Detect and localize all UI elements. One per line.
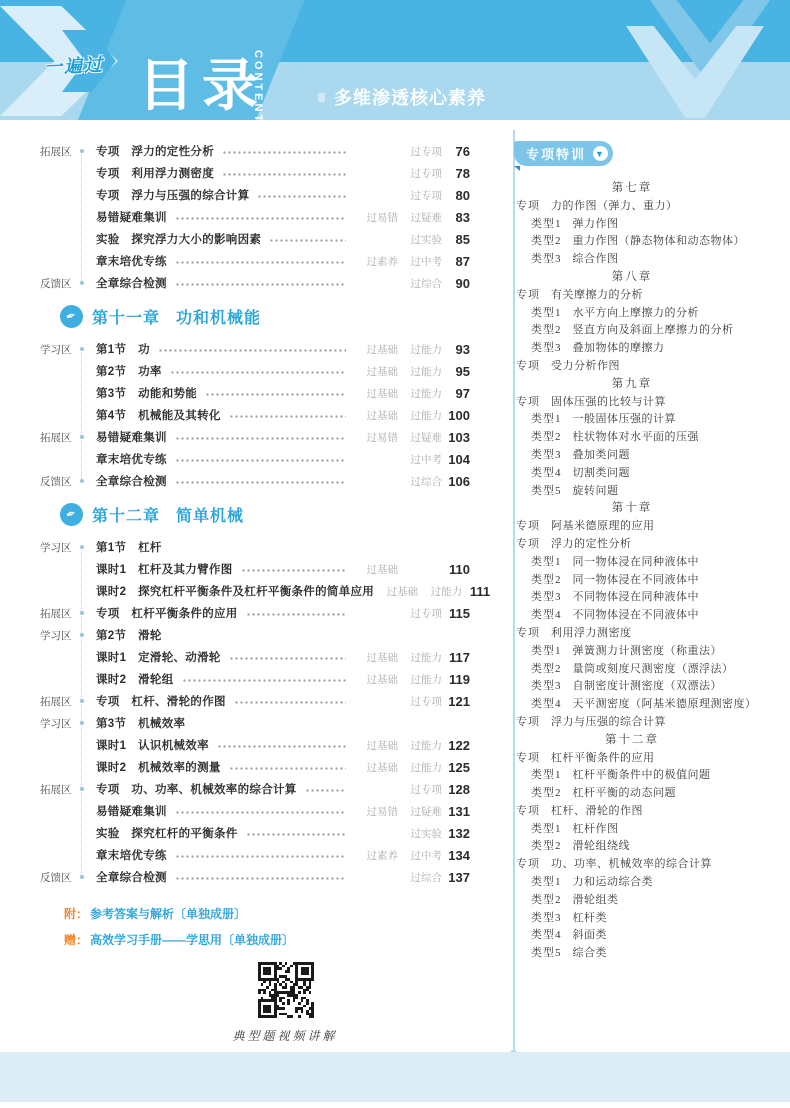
special-item: 类型1杠杆作图 <box>531 821 768 839</box>
zone-bullet <box>78 787 96 791</box>
special-item-label: 类型2 <box>531 572 562 590</box>
special-item-text: 受力分析作图 <box>551 358 768 376</box>
toc-row: 反馈区全章综合检测过综合90 <box>40 272 470 294</box>
special-item-label: 类型2 <box>531 785 562 803</box>
special-item-label: 类型2 <box>531 661 562 679</box>
special-item-label: 专项 <box>516 714 540 732</box>
dot-leader <box>234 701 346 704</box>
special-training-badge: 专项特训 ▼ <box>514 141 613 166</box>
dot-leader <box>257 195 346 198</box>
entry-title: 全章综合检测 <box>96 869 167 885</box>
page-number: 106 <box>442 474 470 489</box>
pass-tag: 过能力 <box>398 760 442 775</box>
zone-label: 学习区 <box>40 342 78 357</box>
special-item-text: 斜面类 <box>573 927 769 945</box>
special-item: 专项杠杆、滑轮的作图 <box>516 803 768 821</box>
zone-bullet <box>78 149 96 153</box>
toc-row: 学习区第2节 滑轮 <box>40 624 470 646</box>
dot-leader <box>205 393 346 396</box>
tagline: 多维渗透核心素养 <box>318 84 486 110</box>
entry-title: 专项 杠杆平衡条件的应用 <box>96 605 238 621</box>
dot-leader <box>182 679 347 682</box>
toc-row: 第4节 机械能及其转化过基础过能力100 <box>40 404 470 426</box>
special-item: 专项利用浮力测密度 <box>516 625 768 643</box>
qr-caption: 典型题视频讲解 <box>190 1027 380 1044</box>
page-number: 137 <box>442 870 470 885</box>
zone-bullet <box>78 699 96 703</box>
toc-section: 学习区第1节 杠杆课时1 杠杆及其力臂作图过基础110课时2 探究杠杆平衡条件及… <box>40 536 470 888</box>
special-item-text: 力的作图（弹力、重力） <box>551 198 768 216</box>
pass-tag: 过基础 <box>354 738 398 753</box>
right-chapter-heading: 第十章 <box>516 500 748 518</box>
right-chapter-heading: 第十二章 <box>516 732 748 750</box>
toc-row: 学习区第1节 杠杆 <box>40 536 470 558</box>
special-item-label: 类型2 <box>531 892 562 910</box>
special-item-text: 杠杆平衡的动态问题 <box>573 785 769 803</box>
special-item: 类型1同一物体浸在同种液体中 <box>531 554 768 572</box>
chapter-heading: ✒第十二章简单机械 <box>60 500 470 528</box>
special-item-label: 类型3 <box>531 678 562 696</box>
right-chapter-heading: 第七章 <box>516 180 748 198</box>
toc-row: 章末培优专练过素养过中考87 <box>40 250 470 272</box>
special-item: 类型2柱状物体对水平面的压强 <box>531 429 768 447</box>
pass-tag: 过能力 <box>398 650 442 665</box>
page-number: 93 <box>442 342 470 357</box>
page-number: 95 <box>442 364 470 379</box>
dot-leader <box>175 459 346 462</box>
zone-bullet <box>78 611 96 615</box>
special-item: 类型5综合类 <box>531 945 768 963</box>
dot-leader <box>175 437 346 440</box>
dot-leader <box>229 767 346 770</box>
entry-title: 第2节 功率 <box>96 363 162 379</box>
pass-tag: 过能力 <box>398 738 442 753</box>
special-item: 类型1水平方向上摩擦力的分析 <box>531 305 768 323</box>
special-item-text: 叠加类问题 <box>573 447 769 465</box>
pass-tag: 过中考 <box>398 452 442 467</box>
pass-tag: 过专项 <box>398 694 442 709</box>
entry-title: 第1节 功 <box>96 341 150 357</box>
special-item-text: 竖直方向及斜面上摩擦力的分析 <box>573 322 769 340</box>
special-item-text: 叠加物体的摩擦力 <box>573 340 769 358</box>
pass-tag: 过基础 <box>374 584 418 599</box>
special-item-label: 类型2 <box>531 838 562 856</box>
special-item-text: 弹簧测力计测密度（称重法） <box>573 643 769 661</box>
toc-row: 学习区第3节 机械效率 <box>40 712 470 734</box>
toc-row: 拓展区专项 杠杆平衡条件的应用过专项115 <box>40 602 470 624</box>
special-item-text: 不同物体浸在不同液体中 <box>573 607 769 625</box>
entry-title: 专项 浮力与压强的综合计算 <box>96 187 249 203</box>
special-item-label: 专项 <box>516 856 540 874</box>
special-item: 类型2竖直方向及斜面上摩擦力的分析 <box>531 322 768 340</box>
zone-label: 反馈区 <box>40 870 78 885</box>
page-number: 78 <box>442 166 470 181</box>
entry-title: 专项 浮力的定性分析 <box>96 143 214 159</box>
special-item-text: 柱状物体对水平面的压强 <box>573 429 769 447</box>
pass-tag: 过易错 <box>354 430 398 445</box>
page-number: 83 <box>442 210 470 225</box>
pass-tag: 过素养 <box>354 848 398 863</box>
toc-row: 反馈区全章综合检测过综合137 <box>40 866 470 888</box>
special-item-text: 切割类问题 <box>573 465 769 483</box>
entry-title: 章末培优专练 <box>96 451 167 467</box>
pass-tag: 过疑难 <box>398 430 442 445</box>
special-item-label: 类型1 <box>531 821 562 839</box>
zone-bullet <box>78 347 96 351</box>
page-number: 115 <box>442 606 470 621</box>
pass-tag: 过能力 <box>398 342 442 357</box>
toc-row: 专项 浮力与压强的综合计算过专项80 <box>40 184 470 206</box>
special-item-text: 杠杆、滑轮的作图 <box>551 803 768 821</box>
special-item-text: 水平方向上摩擦力的分析 <box>573 305 769 323</box>
special-item-label: 专项 <box>516 198 540 216</box>
toc-row: 拓展区专项 功、功率、机械效率的综合计算过专项128 <box>40 778 470 800</box>
special-item: 类型1力和运动综合类 <box>531 874 768 892</box>
entry-title: 课时2 机械效率的测量 <box>96 759 221 775</box>
special-item-text: 自制密度计测密度（双漂法） <box>573 678 769 696</box>
dot-leader <box>229 657 346 660</box>
special-item-label: 类型1 <box>531 554 562 572</box>
special-item-label: 专项 <box>516 518 540 536</box>
special-item-text: 一般固体压强的计算 <box>573 411 769 429</box>
special-item-label: 类型3 <box>531 340 562 358</box>
zone-label: 拓展区 <box>40 782 78 797</box>
pen-icon: ✒ <box>60 305 83 328</box>
toc-row: 课时2 滑轮组过基础过能力119 <box>40 668 470 690</box>
zone-label: 拓展区 <box>40 694 78 709</box>
page-number: 121 <box>442 694 470 709</box>
entry-title: 第3节 动能和势能 <box>96 385 197 401</box>
toc-row: 反馈区全章综合检测过综合106 <box>40 470 470 492</box>
footer-band <box>0 1052 790 1102</box>
note-line: 赠：高效学习手册——学思用〔单独成册〕 <box>64 926 470 952</box>
special-item-label: 类型5 <box>531 483 562 501</box>
dot-leader <box>175 877 346 880</box>
pen-glyph: ✒ <box>64 506 78 523</box>
zone-label: 学习区 <box>40 716 78 731</box>
special-item-text: 滑轮组绕线 <box>573 838 769 856</box>
pass-tag: 过疑难 <box>398 210 442 225</box>
entry-title: 实验 探究浮力大小的影响因素 <box>96 231 261 247</box>
zone-label: 拓展区 <box>40 144 78 159</box>
pass-tag: 过易错 <box>354 804 398 819</box>
page-number: 111 <box>462 584 490 599</box>
zone-bullet <box>78 435 96 439</box>
special-item-label: 专项 <box>516 536 540 554</box>
zone-label: 学习区 <box>40 540 78 555</box>
column-divider <box>513 130 515 1055</box>
special-item: 类型5旋转问题 <box>531 483 768 501</box>
special-item-label: 类型4 <box>531 465 562 483</box>
special-item-text: 弹力作图 <box>573 216 769 234</box>
pass-tag: 过综合 <box>398 870 442 885</box>
zone-bullet <box>78 545 96 549</box>
special-item: 类型3杠杆类 <box>531 910 768 928</box>
pass-tag: 过专项 <box>398 144 442 159</box>
page-title-english: CONTENTS <box>252 50 264 120</box>
page-number: 97 <box>442 386 470 401</box>
special-item: 类型1弹簧测力计测密度（称重法） <box>531 643 768 661</box>
qr-grid <box>258 962 314 1018</box>
special-item-label: 类型3 <box>531 251 562 269</box>
toc-row: 易错疑难集训过易错过疑难83 <box>40 206 470 228</box>
zone-label: 拓展区 <box>40 606 78 621</box>
pass-tag: 过素养 <box>354 254 398 269</box>
toc-row: 章末培优专练过素养过中考134 <box>40 844 470 866</box>
special-item-text: 天平测密度（阿基米德原理测密度） <box>573 696 769 714</box>
toc-section: 拓展区专项 浮力的定性分析过专项76专项 利用浮力测密度过专项78专项 浮力与压… <box>40 140 470 294</box>
page-header: 一遍过 目录 CONTENTS 多维渗透核心素养 <box>0 0 790 120</box>
special-item-text: 功、功率、机械效率的综合计算 <box>551 856 768 874</box>
dot-leader <box>175 855 346 858</box>
toc-row: 实验 探究杠杆的平衡条件过实验132 <box>40 822 470 844</box>
special-item: 类型4斜面类 <box>531 927 768 945</box>
pass-tag: 过综合 <box>398 276 442 291</box>
toc-row: 课时1 杠杆及其力臂作图过基础110 <box>40 558 470 580</box>
pass-tag: 过综合 <box>398 474 442 489</box>
toc-row: 拓展区专项 杠杆、滑轮的作图过专项121 <box>40 690 470 712</box>
pass-tag: 过基础 <box>354 760 398 775</box>
special-item: 专项固体压强的比较与计算 <box>516 394 768 412</box>
entry-title: 课时1 杠杆及其力臂作图 <box>96 561 233 577</box>
entry-title: 第2节 滑轮 <box>96 627 162 643</box>
toc-row: 第2节 功率过基础过能力95 <box>40 360 470 382</box>
special-item-text: 综合类 <box>573 945 769 963</box>
special-item-text: 固体压强的比较与计算 <box>551 394 768 412</box>
zone-label: 反馈区 <box>40 474 78 489</box>
dot-leader <box>170 371 346 374</box>
pass-tag: 过基础 <box>354 342 398 357</box>
note-label: 附： <box>64 905 88 922</box>
special-item-label: 专项 <box>516 394 540 412</box>
zone-label: 拓展区 <box>40 430 78 445</box>
special-item: 类型4切割类问题 <box>531 465 768 483</box>
entry-title: 全章综合检测 <box>96 275 167 291</box>
special-item: 类型3叠加类问题 <box>531 447 768 465</box>
tagline-marker-icon <box>318 93 325 102</box>
special-item-text: 阿基米德原理的应用 <box>551 518 768 536</box>
chevron-down-icon: ▼ <box>593 146 608 161</box>
special-item-label: 类型3 <box>531 589 562 607</box>
dot-leader <box>229 415 346 418</box>
page-number: 125 <box>442 760 470 775</box>
note-line: 附：参考答案与解析〔单独成册〕 <box>64 900 470 926</box>
dot-leader <box>158 349 346 352</box>
entry-title: 课时2 滑轮组 <box>96 671 174 687</box>
right-chapter-heading: 第八章 <box>516 269 748 287</box>
zone-bullet <box>78 633 96 637</box>
special-item-text: 杠杆类 <box>573 910 769 928</box>
special-item: 类型3不同物体浸在同种液体中 <box>531 589 768 607</box>
entry-title: 全章综合检测 <box>96 473 167 489</box>
special-item-text: 重力作图（静态物体和动态物体） <box>573 233 769 251</box>
page-number: 80 <box>442 188 470 203</box>
entry-title: 第1节 杠杆 <box>96 539 162 555</box>
entry-title: 第4节 机械能及其转化 <box>96 407 221 423</box>
special-item-label: 专项 <box>516 803 540 821</box>
toc-row: 课时2 机械效率的测量过基础过能力125 <box>40 756 470 778</box>
special-item-text: 同一物体浸在同种液体中 <box>573 554 769 572</box>
pass-tag: 过能力 <box>418 584 462 599</box>
toc-row: 专项 利用浮力测密度过专项78 <box>40 162 470 184</box>
page-number: 134 <box>442 848 470 863</box>
special-item-label: 类型2 <box>531 233 562 251</box>
pass-tag: 过专项 <box>398 782 442 797</box>
brand-logo: 一遍过 <box>43 50 104 79</box>
toc-row: 学习区第1节 功过基础过能力93 <box>40 338 470 360</box>
page-number: 132 <box>442 826 470 841</box>
special-item-text: 力和运动综合类 <box>573 874 769 892</box>
pass-tag: 过中考 <box>398 848 442 863</box>
toc-row: 课时1 定滑轮、动滑轮过基础过能力117 <box>40 646 470 668</box>
page-number: 85 <box>442 232 470 247</box>
dot-leader <box>241 569 347 572</box>
pass-tag: 过基础 <box>354 650 398 665</box>
note-label: 赠： <box>64 931 88 948</box>
page-number: 103 <box>442 430 470 445</box>
dot-leader <box>246 833 346 836</box>
special-item-label: 类型1 <box>531 767 562 785</box>
special-item: 类型4天平测密度（阿基米德原理测密度） <box>531 696 768 714</box>
chapter-number: 第十二章 <box>92 503 160 526</box>
dot-leader <box>175 217 346 220</box>
dot-leader <box>175 481 346 484</box>
special-item: 专项功、功率、机械效率的综合计算 <box>516 856 768 874</box>
special-item-label: 类型2 <box>531 429 562 447</box>
pass-tag: 过专项 <box>398 606 442 621</box>
page-number: 90 <box>442 276 470 291</box>
page-number: 110 <box>442 562 470 577</box>
dot-leader <box>222 173 346 176</box>
special-item: 专项杠杆平衡条件的应用 <box>516 750 768 768</box>
note-text: 参考答案与解析〔单独成册〕 <box>90 905 246 922</box>
toc-row: 课时2 探究杠杆平衡条件及杠杆平衡条件的简单应用过基础过能力111 <box>40 580 470 602</box>
special-item-label: 专项 <box>516 750 540 768</box>
special-item-label: 类型4 <box>531 927 562 945</box>
special-item-text: 有关摩擦力的分析 <box>551 287 768 305</box>
entry-title: 第3节 机械效率 <box>96 715 185 731</box>
pass-tag: 过疑难 <box>398 804 442 819</box>
special-item: 专项受力分析作图 <box>516 358 768 376</box>
dot-leader <box>269 239 346 242</box>
special-item-label: 类型1 <box>531 874 562 892</box>
special-item: 专项有关摩擦力的分析 <box>516 287 768 305</box>
special-item: 类型3叠加物体的摩擦力 <box>531 340 768 358</box>
note-text: 高效学习手册——学思用〔单独成册〕 <box>90 931 294 948</box>
page-number: 76 <box>442 144 470 159</box>
special-item: 类型2滑轮组绕线 <box>531 838 768 856</box>
special-item-text: 杠杆平衡条件中的极值问题 <box>573 767 769 785</box>
special-item-label: 类型4 <box>531 607 562 625</box>
pass-tag: 过中考 <box>398 254 442 269</box>
special-item-label: 专项 <box>516 625 540 643</box>
entry-title: 章末培优专练 <box>96 253 167 269</box>
page-number: 117 <box>442 650 470 665</box>
dot-leader <box>175 811 346 814</box>
toc-page: 一遍过 目录 CONTENTS 多维渗透核心素养 拓展区专项 浮力的定性分析过专… <box>0 0 790 1108</box>
entry-title: 课时1 认识机械效率 <box>96 737 209 753</box>
special-item: 类型2重力作图（静态物体和动态物体） <box>531 233 768 251</box>
zone-bullet <box>78 479 96 483</box>
special-item-label: 类型1 <box>531 411 562 429</box>
special-item-text: 杠杆平衡条件的应用 <box>551 750 768 768</box>
special-item-text: 同一物体浸在不同液体中 <box>573 572 769 590</box>
zone-label: 学习区 <box>40 628 78 643</box>
toc-row: 实验 探究浮力大小的影响因素过实验85 <box>40 228 470 250</box>
pass-tag: 过基础 <box>354 408 398 423</box>
dot-leader <box>217 745 346 748</box>
dot-leader <box>305 789 346 792</box>
pass-tag: 过专项 <box>398 188 442 203</box>
tagline-text: 多维渗透核心素养 <box>334 84 486 110</box>
entry-title: 专项 杠杆、滑轮的作图 <box>96 693 226 709</box>
pen-glyph: ✒ <box>64 308 78 325</box>
special-item-label: 类型4 <box>531 696 562 714</box>
special-item: 类型1弹力作图 <box>531 216 768 234</box>
dot-leader <box>175 261 346 264</box>
special-item: 类型3自制密度计测密度（双漂法） <box>531 678 768 696</box>
special-item: 专项力的作图（弹力、重力） <box>516 198 768 216</box>
dot-leader <box>246 613 346 616</box>
special-training-label: 专项特训 <box>526 144 586 163</box>
special-item-text: 旋转问题 <box>573 483 769 501</box>
special-item-label: 类型1 <box>531 305 562 323</box>
pass-tag: 过能力 <box>398 408 442 423</box>
toc-section: 学习区第1节 功过基础过能力93第2节 功率过基础过能力95第3节 动能和势能过… <box>40 338 470 492</box>
special-item-label: 类型5 <box>531 945 562 963</box>
dot-leader <box>175 283 346 286</box>
notes: 附：参考答案与解析〔单独成册〕赠：高效学习手册——学思用〔单独成册〕 <box>64 900 470 952</box>
zone-label: 反馈区 <box>40 276 78 291</box>
special-item: 类型4不同物体浸在不同液体中 <box>531 607 768 625</box>
page-number: 128 <box>442 782 470 797</box>
special-item: 专项阿基米德原理的应用 <box>516 518 768 536</box>
special-item-text: 量筒或刻度尺测密度（漂浮法） <box>573 661 769 679</box>
special-item: 类型1一般固体压强的计算 <box>531 411 768 429</box>
entry-title: 易错疑难集训 <box>96 429 167 445</box>
special-item-label: 专项 <box>516 287 540 305</box>
chapter-number: 第十一章 <box>92 305 160 328</box>
special-item-label: 类型1 <box>531 216 562 234</box>
qr-code <box>258 962 314 1018</box>
pass-tag: 过能力 <box>398 364 442 379</box>
toc-row: 课时1 认识机械效率过基础过能力122 <box>40 734 470 756</box>
pass-tag: 过基础 <box>354 562 398 577</box>
special-item-text: 利用浮力测密度 <box>551 625 768 643</box>
special-item: 类型2同一物体浸在不同液体中 <box>531 572 768 590</box>
page-number: 122 <box>442 738 470 753</box>
entry-title: 实验 探究杠杆的平衡条件 <box>96 825 238 841</box>
right-chapter-heading: 第九章 <box>516 376 748 394</box>
left-column: 拓展区专项 浮力的定性分析过专项76专项 利用浮力测密度过专项78专项 浮力与压… <box>40 140 470 1044</box>
special-item: 类型2量筒或刻度尺测密度（漂浮法） <box>531 661 768 679</box>
chapter-heading: ✒第十一章功和机械能 <box>60 302 470 330</box>
chapter-title: 功和机械能 <box>176 305 261 328</box>
special-item: 专项浮力的定性分析 <box>516 536 768 554</box>
special-item-label: 类型1 <box>531 643 562 661</box>
chapter-title: 简单机械 <box>176 503 244 526</box>
page-number: 87 <box>442 254 470 269</box>
page-number: 131 <box>442 804 470 819</box>
zone-bullet <box>78 875 96 879</box>
page-number: 119 <box>442 672 470 687</box>
toc-row: 第3节 动能和势能过基础过能力97 <box>40 382 470 404</box>
pass-tag: 过能力 <box>398 386 442 401</box>
pass-tag: 过实验 <box>398 826 442 841</box>
page-title: 目录 <box>138 42 266 120</box>
entry-title: 课时1 定滑轮、动滑轮 <box>96 649 221 665</box>
pass-tag: 过能力 <box>398 672 442 687</box>
